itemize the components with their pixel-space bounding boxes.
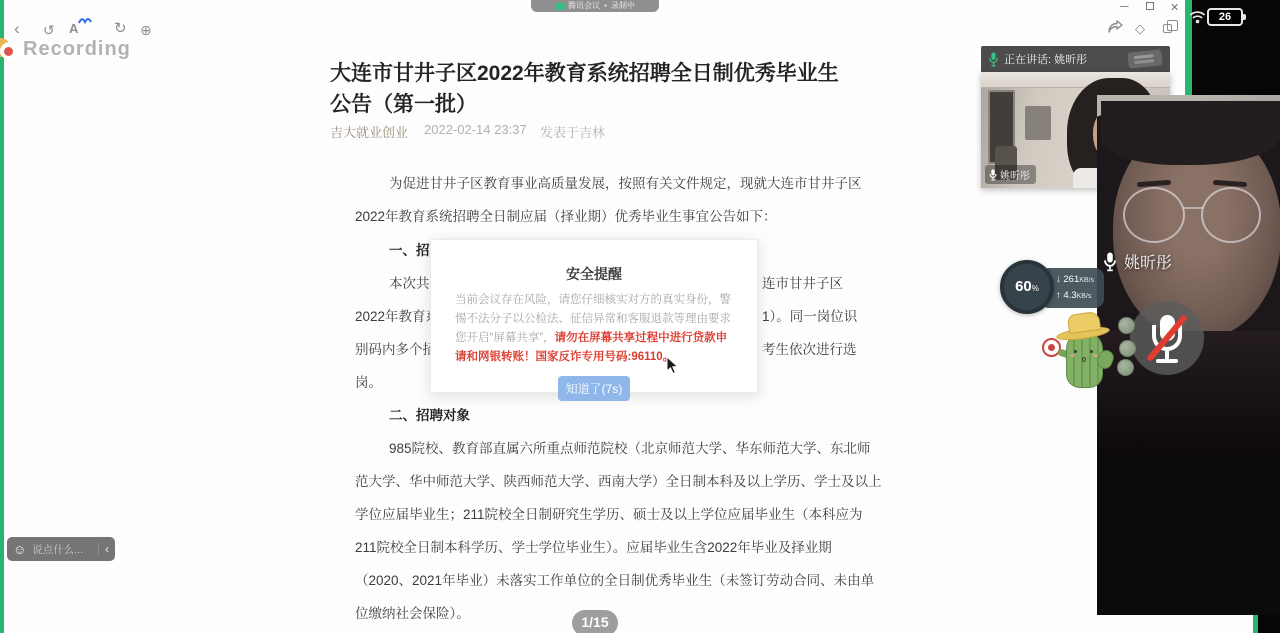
participant-name-chip: 姚昕彤: [1103, 250, 1172, 273]
mouse-cursor: [666, 356, 679, 375]
page-indicator: 1/15: [572, 610, 618, 633]
meeting-record-status: 录制中: [611, 1, 635, 11]
record-dot-icon: ●: [604, 1, 607, 11]
mic-active-icon: [988, 52, 999, 67]
globe-icon[interactable]: ⊕: [140, 22, 152, 38]
emote-bubble: [1117, 359, 1134, 376]
paragraph-line: 985院校、教育部直属六所重点师范院校（北京师范大学、华东师范大学、东北师: [389, 437, 871, 457]
share-border-right-bottom: [1253, 615, 1258, 633]
minimize-button[interactable]: ─: [1120, 0, 1129, 14]
share-icon[interactable]: [1108, 20, 1124, 33]
paragraph-fragment: 2022年教育系: [355, 305, 439, 325]
speaking-label: 正在讲话: 姚昕彤: [1004, 51, 1087, 67]
upload-speed: 4.3: [1063, 290, 1076, 301]
tencent-meeting-logo-icon: [555, 3, 564, 10]
glasses-right: [1201, 187, 1261, 243]
paragraph-fragment: 考生依次进行选: [762, 338, 857, 358]
participant-name: 姚昕彤: [1000, 167, 1030, 182]
section-heading-2: 二、招聘对象: [389, 404, 470, 424]
security-dialog: 安全提醒 当前会议存在风险，请您仔细核实对方的真实身份，警惕不法分子以公检法、征…: [430, 239, 758, 393]
dialog-warning-text: 当前会议存在风险，请您仔细核实对方的真实身份，警惕不法分子以公检法、征信异常和客…: [455, 291, 733, 367]
mic-icon: [989, 169, 997, 181]
participant-fringe: [1101, 101, 1280, 165]
glasses-bridge: [1183, 207, 1203, 209]
paragraph-fragment: 本次共: [389, 272, 430, 292]
upload-arrow-icon: ↑: [1056, 290, 1061, 301]
emote-bubble: [1119, 340, 1136, 357]
paragraph-line: 2022年教育系统招聘全日制应届（择业期）优秀毕业生事宜公告如下：: [355, 205, 777, 225]
sticker-cheek: [1093, 354, 1098, 357]
participant-name-chip: 姚昕彤: [985, 165, 1036, 184]
article-title: 大连市甘井子区2022年教育系统招聘全日制优秀毕业生公告（第一批）: [330, 58, 854, 120]
publish-date: 2022-02-14 23:37: [424, 122, 527, 137]
mic-base: [1156, 359, 1178, 363]
back-button[interactable]: ‹: [14, 21, 20, 37]
sticker-cheek: [1070, 354, 1075, 357]
paragraph-line: 为促进甘井子区教育事业高质量发展，按照有关文件规定，现就大连市甘井子区: [389, 172, 862, 192]
battery-indicator: 26: [1207, 8, 1243, 26]
multi-window-icon[interactable]: [1163, 24, 1172, 33]
sticker-eye: [1090, 350, 1093, 353]
recording-dot-icon: [4, 47, 13, 56]
cactus-sticker: [1040, 312, 1124, 394]
share-border-left: [0, 0, 4, 633]
download-arrow-icon: ↓: [1056, 274, 1061, 285]
wifi-icon: [1189, 10, 1206, 24]
apps-cube-icon[interactable]: ◇: [1135, 21, 1145, 37]
download-unit: KB/s: [1079, 277, 1094, 284]
reload-button[interactable]: ↻: [114, 21, 127, 37]
paragraph-fragment: 岗。: [355, 371, 382, 391]
chat-placeholder: 说点什么...: [32, 542, 92, 557]
restore-window-button[interactable]: [1146, 2, 1154, 10]
mic-icon: [1103, 252, 1117, 272]
paragraph-line: 范大学、华中师范大学、陕西师范大学、西南大学）全日制本科及以上学历、学士及以上: [355, 470, 882, 490]
glasses-left: [1123, 187, 1185, 243]
dialog-title: 安全提醒: [455, 264, 733, 284]
participant-name: 姚昕彤: [1124, 250, 1172, 273]
paragraph-fragment: 别码内多个招: [355, 338, 436, 358]
undo-icon[interactable]: ↺: [43, 22, 55, 38]
collapse-chat-button[interactable]: ‹: [105, 542, 109, 556]
mic-stem: [1165, 351, 1169, 359]
chat-input-bar[interactable]: ☺ 说点什么... ‹: [7, 537, 115, 561]
phone-bezel-corner: [1258, 615, 1280, 633]
paragraph-fragment: 1）。同一岗位识: [762, 305, 857, 325]
speaking-banner: 正在讲话: 姚昕彤: [981, 46, 1170, 72]
room-frame: [1025, 106, 1051, 140]
paragraph-line: 211院校全日制本科学历、学士学位毕业生）。应届毕业生含2022年毕业及择业期: [355, 536, 832, 556]
emote-bubble: [1118, 317, 1135, 334]
publish-location: 发表于吉林: [540, 122, 605, 141]
screen: ‹ ↺ A ↻ ⊕ ─ ✕ ◇ Recording 腾讯会议 ● 录制中 26 …: [0, 0, 1280, 633]
paragraph-line: 位缴纳社会保险）。: [355, 602, 470, 622]
sticker-eye: [1074, 350, 1077, 353]
translate-mark-icon: [78, 16, 92, 24]
close-button[interactable]: ✕: [1170, 0, 1179, 16]
paragraph-line: 学位应届毕业生；211院校全日制研究生学历、硕士及以上学位应届毕业生（本科应为: [355, 503, 863, 523]
font-size-icon[interactable]: A: [69, 21, 78, 37]
battery-percent-badge: 60%: [1000, 260, 1054, 314]
recording-label: Recording: [23, 38, 131, 61]
sticker-mouth: [1082, 357, 1086, 362]
upload-unit: KB/s: [1077, 293, 1092, 300]
meeting-app-name: 腾讯会议: [568, 1, 600, 11]
confirm-button[interactable]: 知道了(7s): [558, 376, 630, 401]
account-name[interactable]: 吉大就业创业: [330, 122, 408, 141]
watermark-blob: [1127, 49, 1162, 68]
meeting-status-pill[interactable]: 腾讯会议 ● 录制中: [531, 0, 659, 12]
paragraph-line: （2020、2021年毕业）未落实工作单位的全日制优秀毕业生（未签订劳动合同、未…: [355, 569, 874, 589]
paragraph-fragment: 连市甘井子区: [762, 272, 843, 292]
emoji-icon[interactable]: ☺: [13, 543, 26, 556]
muted-mic-indicator[interactable]: [1130, 301, 1204, 375]
divider: [98, 543, 99, 555]
download-speed: 261: [1063, 274, 1079, 285]
